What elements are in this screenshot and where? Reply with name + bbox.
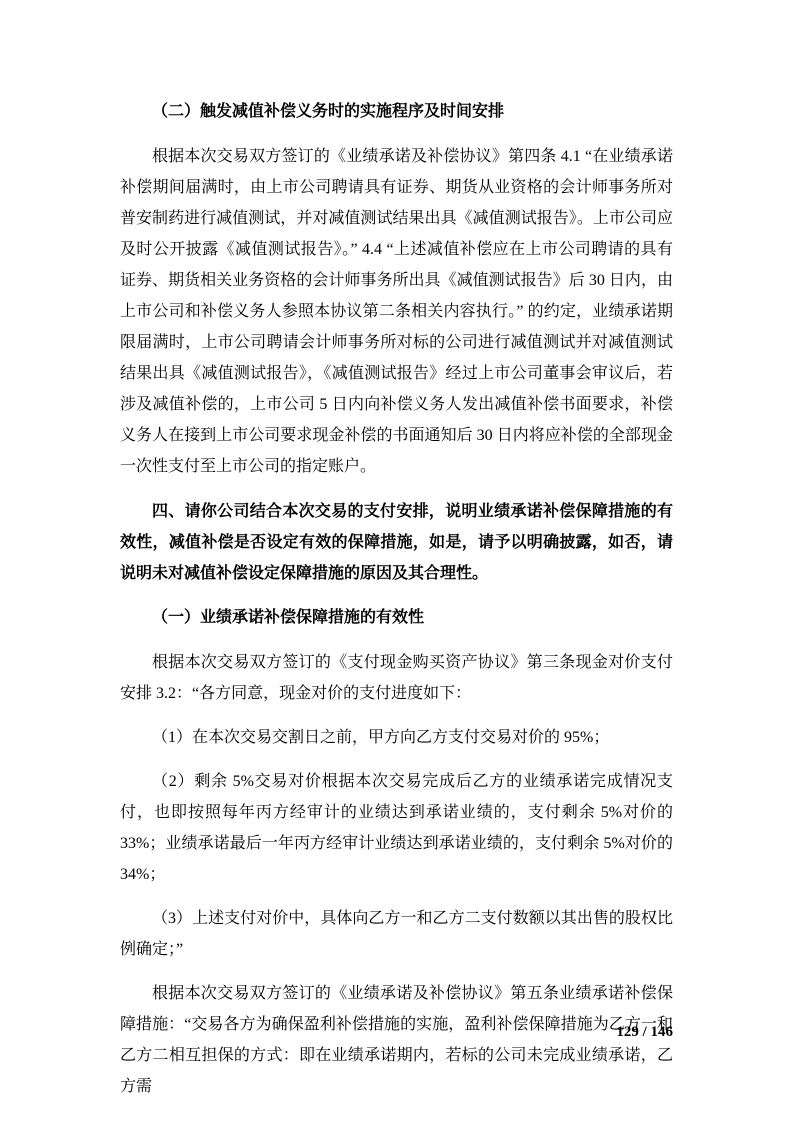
body-paragraph-payment-item-3: （3）上述支付对价中，具体向乙方一和乙方二支付数额以其出售的股权比例确定；” xyxy=(120,903,673,965)
body-paragraph-payment-item-1: （1）在本次交易交割日之前，甲方向乙方支付交易对价的 95%； xyxy=(120,722,673,753)
body-paragraph-impairment-agreement: 根据本次交易双方签订的《业绩承诺及补偿协议》第四条 4.1 “在业绩承诺补偿期间… xyxy=(120,141,673,482)
section-heading-impairment-procedure: （二）触发减值补偿义务时的实施程序及时间安排 xyxy=(120,96,673,127)
body-paragraph-payment-item-2: （2）剩余 5%交易对价根据本次交易完成后乙方的业绩承诺完成情况支付，也即按照每… xyxy=(120,766,673,890)
section-heading-guarantee-effectiveness: （一）业绩承诺补偿保障措施的有效性 xyxy=(120,602,673,633)
document-page: （二）触发减值补偿义务时的实施程序及时间安排 根据本次交易双方签订的《业绩承诺及… xyxy=(0,0,793,1122)
body-paragraph-cash-payment-arrangement: 根据本次交易双方签订的《支付现金购买资产协议》第三条现金对价支付安排 3.2：“… xyxy=(120,647,673,709)
inquiry-question-4: 四、请你公司结合本次交易的支付安排，说明业绩承诺补偿保障措施的有效性，减值补偿是… xyxy=(120,496,673,589)
page-number: 129 / 146 xyxy=(120,1024,673,1041)
document-body: （二）触发减值补偿义务时的实施程序及时间安排 根据本次交易双方签订的《业绩承诺及… xyxy=(120,96,673,1115)
